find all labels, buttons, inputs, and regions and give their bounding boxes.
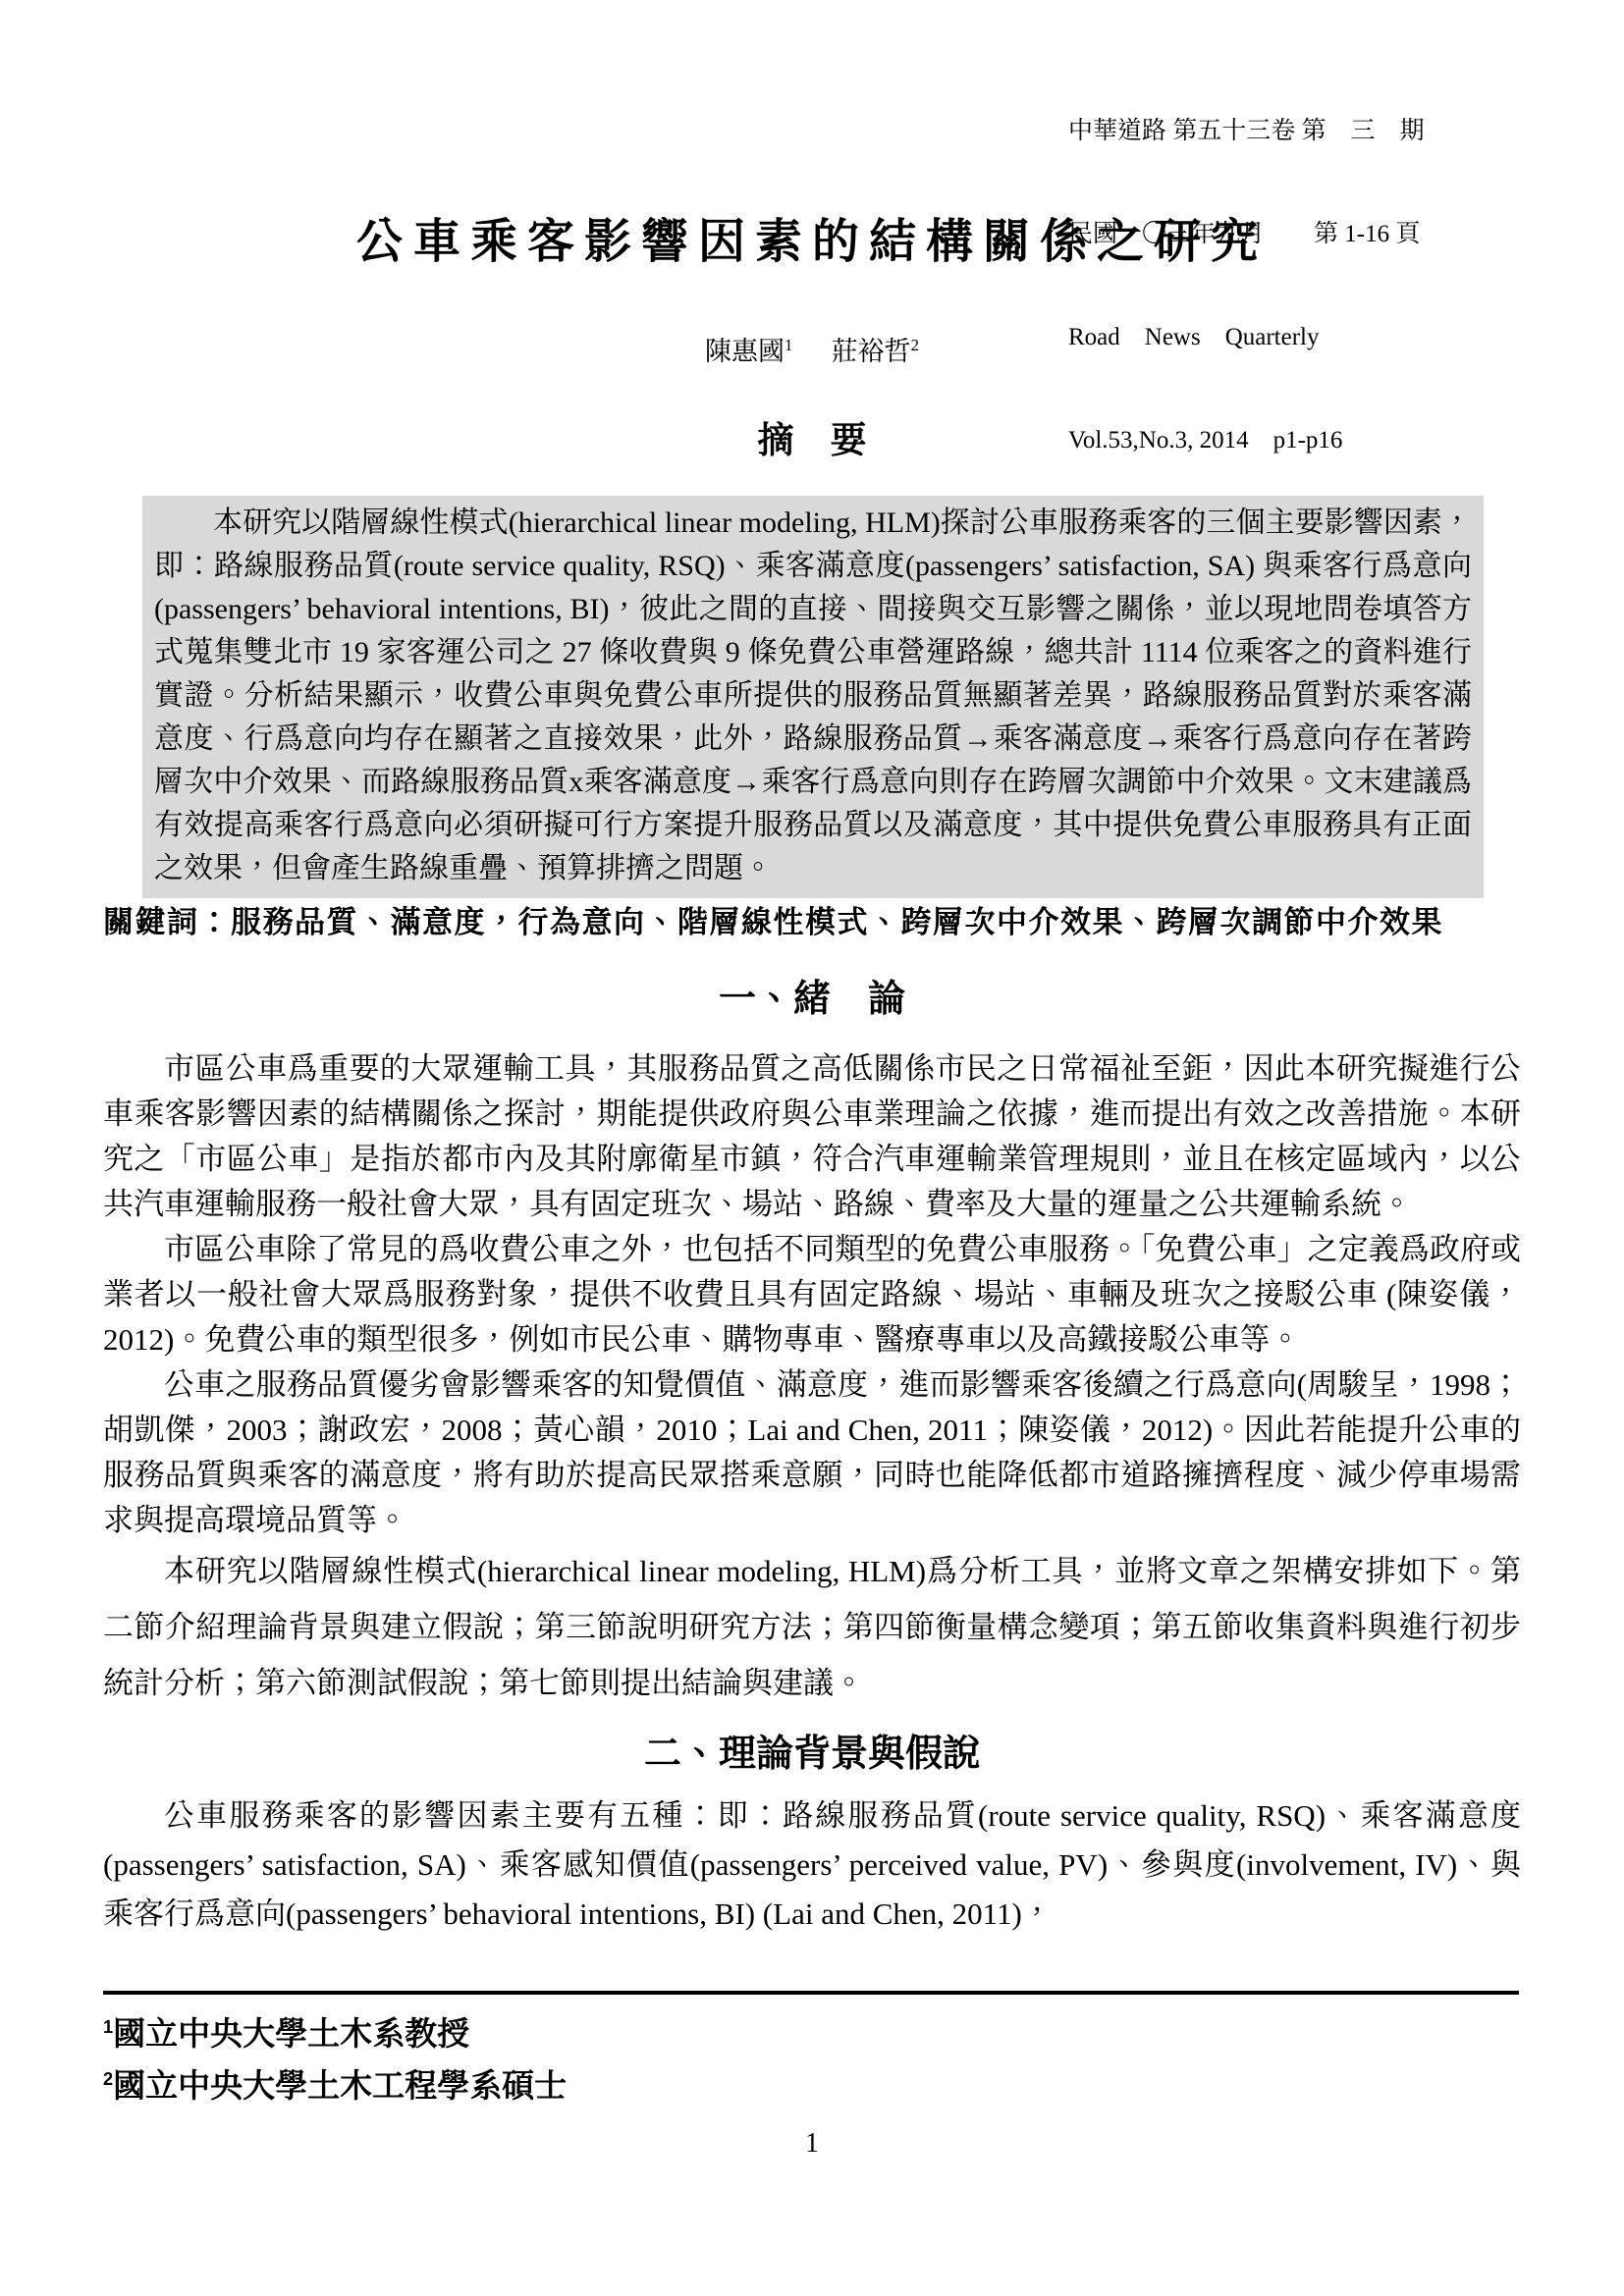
footnote-1: 1國立中央大學土木系教授 bbox=[103, 2004, 1519, 2056]
footnote-divider bbox=[103, 1991, 1519, 1995]
footnote-2-text: 國立中央大學土木工程學系碩士 bbox=[113, 2067, 567, 2104]
section-1-paragraph-1: 市區公車爲重要的大眾運輸工具，其服務品質之高低關係市民之日常福祉至鉅，因此本研究… bbox=[103, 1046, 1521, 1227]
author-2: 莊裕哲2 bbox=[832, 337, 919, 366]
page-number: 1 bbox=[0, 2128, 1624, 2160]
footnote-1-text: 國立中央大學土木系教授 bbox=[113, 2015, 469, 2052]
footnote-area: 1國立中央大學土木系教授 2國立中央大學土木工程學系碩士 bbox=[103, 1991, 1519, 2109]
section-1-heading: 一、緒 論 bbox=[103, 974, 1521, 1025]
author-2-name: 莊裕哲 bbox=[832, 337, 911, 366]
section-2-heading: 二、理論背景與假說 bbox=[103, 1729, 1521, 1780]
journal-name-english: Road News Quarterly bbox=[1068, 320, 1425, 354]
author-2-footnote-ref: 2 bbox=[911, 336, 919, 354]
journal-header: 中華道路 第五十三卷 第 三 期 民國一〇三年九月 第 1-16 頁 Road … bbox=[1068, 45, 1425, 526]
journal-date-pages: 民國一〇三年九月 第 1-16 頁 bbox=[1068, 217, 1425, 251]
footnote-2: 2國立中央大學土木工程學系碩士 bbox=[103, 2056, 1519, 2109]
author-1-footnote-ref: 1 bbox=[785, 336, 792, 354]
paper-page: 中華道路 第五十三卷 第 三 期 民國一〇三年九月 第 1-16 頁 Road … bbox=[0, 0, 1624, 2296]
abstract-text: 本研究以階層線性模式(hierarchical linear modeling,… bbox=[154, 502, 1472, 890]
author-1: 陳惠國1 bbox=[705, 337, 792, 366]
footnote-1-ref: 1 bbox=[103, 2017, 113, 2037]
footnote-2-ref: 2 bbox=[103, 2069, 113, 2089]
author-1-name: 陳惠國 bbox=[705, 337, 785, 366]
abstract-box: 本研究以階層線性模式(hierarchical linear modeling,… bbox=[142, 496, 1484, 898]
section-1-paragraph-2: 市區公車除了常見的爲收費公車之外，也包括不同類型的免費公車服務。「免費公車」之定… bbox=[103, 1227, 1521, 1362]
section-1-paragraph-4: 本研究以階層線性模式(hierarchical linear modeling,… bbox=[103, 1543, 1521, 1711]
journal-name-volume: 中華道路 第五十三卷 第 三 期 bbox=[1068, 114, 1425, 148]
journal-volume-english: Vol.53,No.3, 2014 p1-p16 bbox=[1068, 423, 1425, 457]
section-2-paragraph-1: 公車服務乘客的影響因素主要有五種：即：路線服務品質(route service … bbox=[103, 1791, 1521, 1939]
section-1-paragraph-3: 公車之服務品質優劣會影響乘客的知覺價值、滿意度，進而影響乘客後續之行爲意向(周駿… bbox=[103, 1362, 1521, 1543]
keywords-line: 關鍵詞：服務品質、滿意度，行為意向、階層線性模式、跨層次中介效果、跨層次調節中介… bbox=[103, 901, 1521, 944]
